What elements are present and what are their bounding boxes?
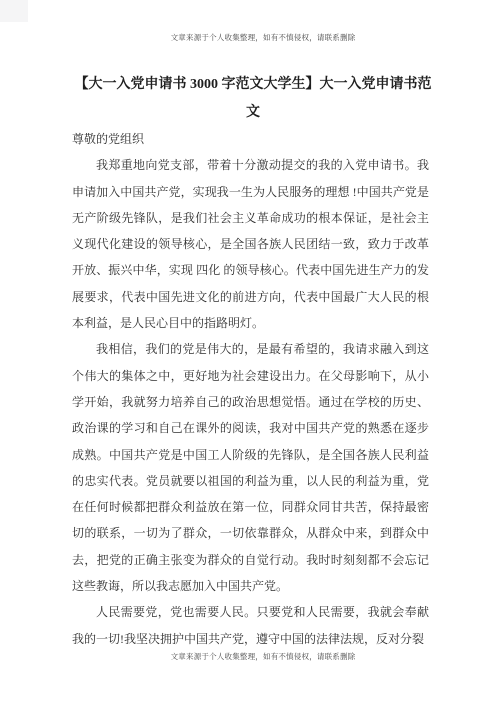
document-body: 尊敬的党组织 我郑重地向党支部，带着十分激动提交的我的入党申请书。我申请加入中国… bbox=[72, 126, 429, 652]
paragraph: 我相信，我们的党是伟大的，是最有希望的，我请求融入到这个伟大的集体之中，更好地为… bbox=[72, 336, 429, 599]
document-page: 文章来源于个人收集整理，如有不慎侵权，请联系删除 【大一入党申请书 3000 字… bbox=[0, 0, 500, 707]
salutation: 尊敬的党组织 bbox=[72, 126, 429, 152]
paragraph: 人民需要党，党也需要人民。只要党和人民需要，我就会奉献我的一切!我坚决拥护中国共… bbox=[72, 599, 429, 652]
page-corner-artifact bbox=[0, 0, 28, 22]
watermark-header: 文章来源于个人收集整理，如有不慎侵权，请联系删除 bbox=[13, 32, 500, 43]
page-title: 【大一入党申请书 3000 字范文大学生】大一入党申请书范文 bbox=[73, 71, 433, 126]
paragraph: 我郑重地向党支部，带着十分激动提交的我的入党申请书。我申请加入中国共产党，实现我… bbox=[72, 152, 429, 336]
watermark-footer: 文章来源于个人收集整理，如有不慎侵权，请联系删除 bbox=[13, 651, 500, 662]
